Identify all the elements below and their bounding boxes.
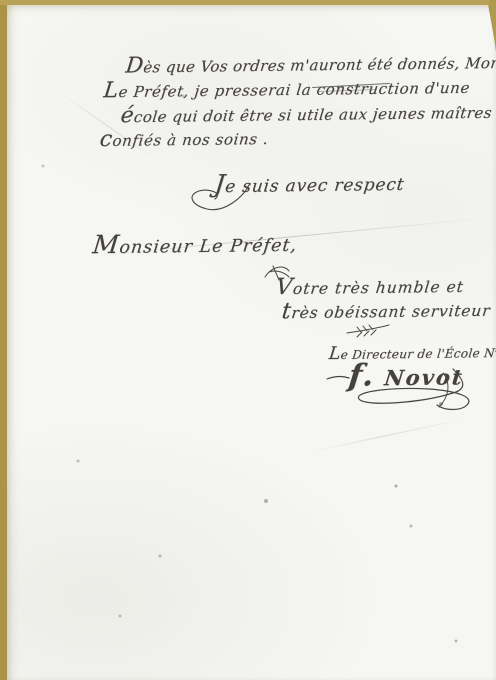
letter-paper: Dès que Vos ordres m'auront été donnés, … [7, 5, 496, 680]
paper-specks [7, 5, 9, 7]
body-line-4: confiés à nos soins . [98, 125, 269, 152]
addressee-line: Monsieur Le Préfet, [91, 227, 299, 259]
valediction-line-2: très obéissant serviteur [280, 296, 492, 325]
body-line-3: école qui doit être si utile aux jeunes … [119, 99, 493, 129]
fern-flourish [345, 321, 391, 345]
paper-crease [309, 418, 466, 452]
mat-border-top [0, 0, 496, 5]
respect-underflourish [185, 183, 315, 217]
letter-scan: Dès que Vos ordres m'auront été donnés, … [0, 0, 496, 680]
signature-flourish [325, 367, 485, 419]
